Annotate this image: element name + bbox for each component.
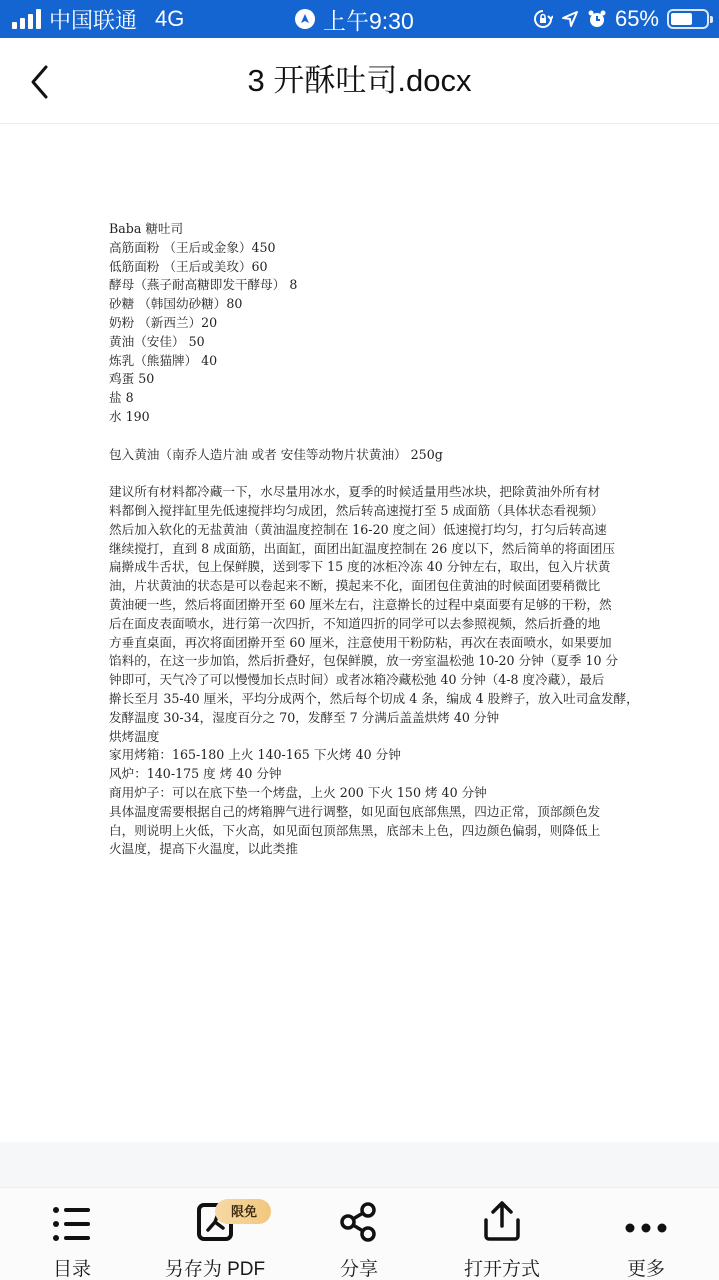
list-icon [52, 1206, 92, 1242]
baking-line: 商用炉子：可以在底下垫一个烤盘，上火 200 下火 150 烤 40 分钟 [109, 784, 619, 803]
adjust-line: 火温度，提高下火温度，以此类推 [109, 840, 619, 859]
method-paragraph: 建议所有材料都冷藏一下，水尽量用冰水，夏季的时候适量用些冰块，把除黄油外所有材 … [109, 483, 619, 727]
method-line: 方垂直桌面，再次将面团擀开至 60 厘米，注意使用干粉防粘，再次在表面喷水，如果… [109, 634, 619, 653]
document-viewer[interactable]: Baba 糖吐司 高筋面粉 （王后或金象）450 低筋面粉 （王后或美玫）60 … [0, 125, 719, 1142]
ingredient-item: 砂糖 （韩国幼砂糖）80 [109, 295, 619, 314]
method-line: 扁擀成牛舌状，包上保鲜膜，送到零下 15 度的冰柜冷冻 40 分钟左右，取出，包… [109, 558, 619, 577]
ingredient-item: 奶粉 （新西兰）20 [109, 314, 619, 333]
open-with-label: 打开方式 [464, 1254, 540, 1280]
ingredient-item: 鸡蛋 50 [109, 370, 619, 389]
battery-percent: 65% [615, 6, 659, 32]
method-line: 黄油硬一些，然后将面团擀开至 60 厘米左右，注意擀长的过程中桌面要有足够的干粉… [109, 596, 619, 615]
baking-line: 风炉：140-175 度 烤 40 分钟 [109, 765, 619, 784]
status-left: 中国联通 4G [12, 0, 184, 38]
ingredient-list: 高筋面粉 （王后或金象）450 低筋面粉 （王后或美玫）60 酵母（燕子耐高糖即… [109, 239, 619, 427]
toc-button[interactable]: 目录 [32, 1188, 112, 1280]
method-line: 钟即可，天气冷了可以慢慢加长点时间）或者冰箱冷藏松弛 40 分钟（4-8 度冷藏… [109, 671, 619, 690]
method-line: 馅料的，在这一步加馅，然后折叠好，包保鲜膜，放一旁室温松弛 10-20 分钟（夏… [109, 652, 619, 671]
baking-line: 家用烤箱：165-180 上火 140-165 下火烤 40 分钟 [109, 746, 619, 765]
share-button[interactable]: 分享 [319, 1188, 399, 1280]
ingredient-item: 盐 8 [109, 389, 619, 408]
open-with-button[interactable]: 打开方式 [452, 1188, 552, 1280]
status-center: 上午9:30 [295, 0, 414, 38]
method-line: 继续搅打，直到 8 成面筋，出面缸，面团出缸温度控制在 26 度以下，然后简单的… [109, 540, 619, 559]
document-page: Baba 糖吐司 高筋面粉 （王后或金象）450 低筋面粉 （王后或美玫）60 … [109, 220, 619, 859]
save-as-pdf-label: 另存为 PDF [165, 1254, 265, 1280]
baking-heading: 烘烤温度 [109, 728, 619, 747]
adjust-line: 白，则说明上火低，下火高，如见面包顶部焦黑，底部未上色，四边颜色偏弱，则降低上 [109, 822, 619, 841]
share-icon [339, 1202, 379, 1242]
wrap-butter-line: 包入黄油（南乔人造片油 或者 安佳等动物片状黄油） 250g [109, 446, 619, 465]
page-gap [0, 1142, 719, 1187]
recipe-title: Baba 糖吐司 [109, 220, 619, 239]
ingredient-item: 炼乳（熊猫牌） 40 [109, 352, 619, 371]
method-line: 后在面皮表面喷水，进行第一次四折，不知道四折的同学可以去参照视频，然后折叠的地 [109, 615, 619, 634]
more-label: 更多 [627, 1254, 665, 1280]
navigation-arrow-icon [561, 10, 579, 28]
ingredient-item: 水 190 [109, 408, 619, 427]
location-icon [295, 9, 315, 29]
share-label: 分享 [340, 1254, 378, 1280]
carrier-name: 中国联通 [49, 4, 137, 35]
adjust-paragraph: 具体温度需要根据自己的烤箱脾气进行调整，如见面包底部焦黑，四边正常，顶部颜色发 … [109, 803, 619, 859]
bottom-toolbar: 目录 另存为 PDF 分享 打开方式 [0, 1187, 719, 1280]
network-type: 4G [155, 6, 184, 32]
battery-icon [667, 9, 709, 29]
free-limited-badge: 限免 [215, 1199, 271, 1224]
adjust-line: 具体温度需要根据自己的烤箱脾气进行调整，如见面包底部焦黑，四边正常，顶部颜色发 [109, 803, 619, 822]
method-line: 然后加入软化的无盐黄油（黄油温度控制在 16-20 度之间）低速搅打均匀，打匀后… [109, 521, 619, 540]
method-line: 建议所有材料都冷藏一下，水尽量用冰水，夏季的时候适量用些冰块，把除黄油外所有材 [109, 483, 619, 502]
ingredient-item: 高筋面粉 （王后或金象）450 [109, 239, 619, 258]
more-icon [624, 1214, 668, 1242]
toc-label: 目录 [53, 1254, 91, 1280]
document-title: 3 开酥吐司.docx [0, 38, 719, 124]
method-line: 擀长至月 35-40 厘米，平均分成两个，然后每个切成 4 条，编成 4 股辫子… [109, 690, 619, 709]
clock-time: 上午9:30 [323, 3, 414, 36]
signal-icon [12, 9, 41, 29]
alarm-icon [587, 9, 607, 29]
navigation-bar: 3 开酥吐司.docx [0, 38, 719, 124]
method-line: 发酵温度 30-34，湿度百分之 70，发酵至 7 分满后盖盖烘烤 40 分钟 [109, 709, 619, 728]
more-button[interactable]: 更多 [606, 1188, 686, 1280]
status-bar: 中国联通 4G 上午9:30 65% [0, 0, 719, 38]
method-line: 料都倒入搅拌缸里先低速搅拌均匀成团，然后转高速搅打至 5 成面筋（具体状态看视频… [109, 502, 619, 521]
upload-icon [482, 1200, 522, 1242]
status-right: 65% [533, 0, 709, 38]
ingredient-item: 黄油（安佳） 50 [109, 333, 619, 352]
ingredient-item: 酵母（燕子耐高糖即发干酵母） 8 [109, 276, 619, 295]
ingredient-item: 低筋面粉 （王后或美玫）60 [109, 258, 619, 277]
method-line: 油，片状黄油的状态是可以卷起来不断，摸起来不化，面团包住黄油的时候面团要稍微比 [109, 577, 619, 596]
rotation-lock-icon [533, 9, 553, 29]
